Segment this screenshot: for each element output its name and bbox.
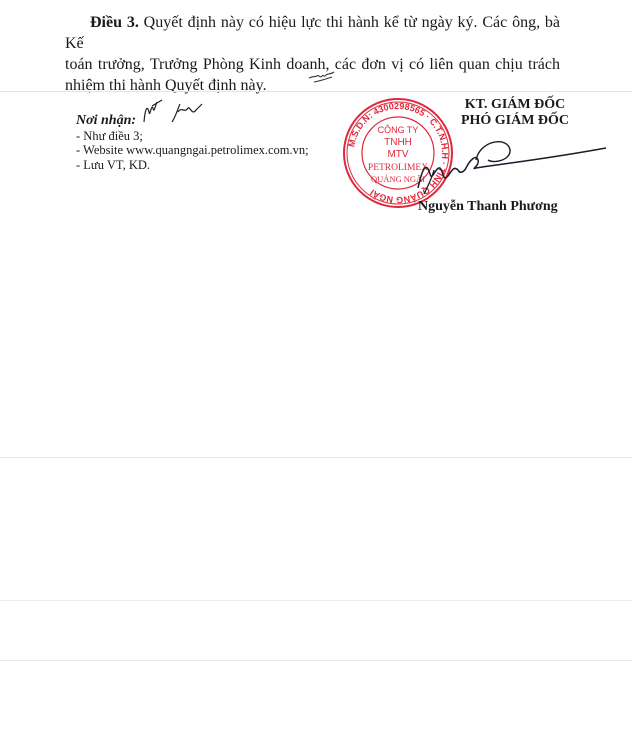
svg-text:TNHH: TNHH: [384, 137, 412, 148]
scan-artifact-line: [0, 600, 632, 601]
handwritten-initials-icon: [142, 96, 222, 126]
article-3-label: Điều 3.: [90, 14, 139, 31]
scan-artifact-line: [0, 91, 632, 92]
scan-artifact-line: [0, 660, 632, 661]
recipient-item: - Website www.quangngai.petrolimex.com.v…: [76, 143, 309, 158]
document-page: Điều 3. Quyết định này có hiệu lực thi h…: [0, 0, 632, 742]
article-3-line-1: Quyết định này có hiệu lực thi hành kể t…: [65, 14, 560, 52]
signer-role-1: KT. GIÁM ĐỐC: [440, 97, 590, 113]
svg-text:MTV: MTV: [387, 149, 408, 160]
signer-name: Nguyễn Thanh Phương: [418, 199, 558, 215]
initial-mark-icon: [308, 70, 336, 86]
recipient-item: - Lưu VT, KD.: [76, 158, 309, 173]
signature-block: KT. GIÁM ĐỐC PHÓ GIÁM ĐỐC: [440, 97, 590, 129]
handwritten-signature-icon: [410, 130, 610, 200]
recipient-item: - Như điều 3;: [76, 129, 309, 144]
signer-role-2: PHÓ GIÁM ĐỐC: [440, 113, 590, 129]
scan-artifact-line: [0, 457, 632, 458]
